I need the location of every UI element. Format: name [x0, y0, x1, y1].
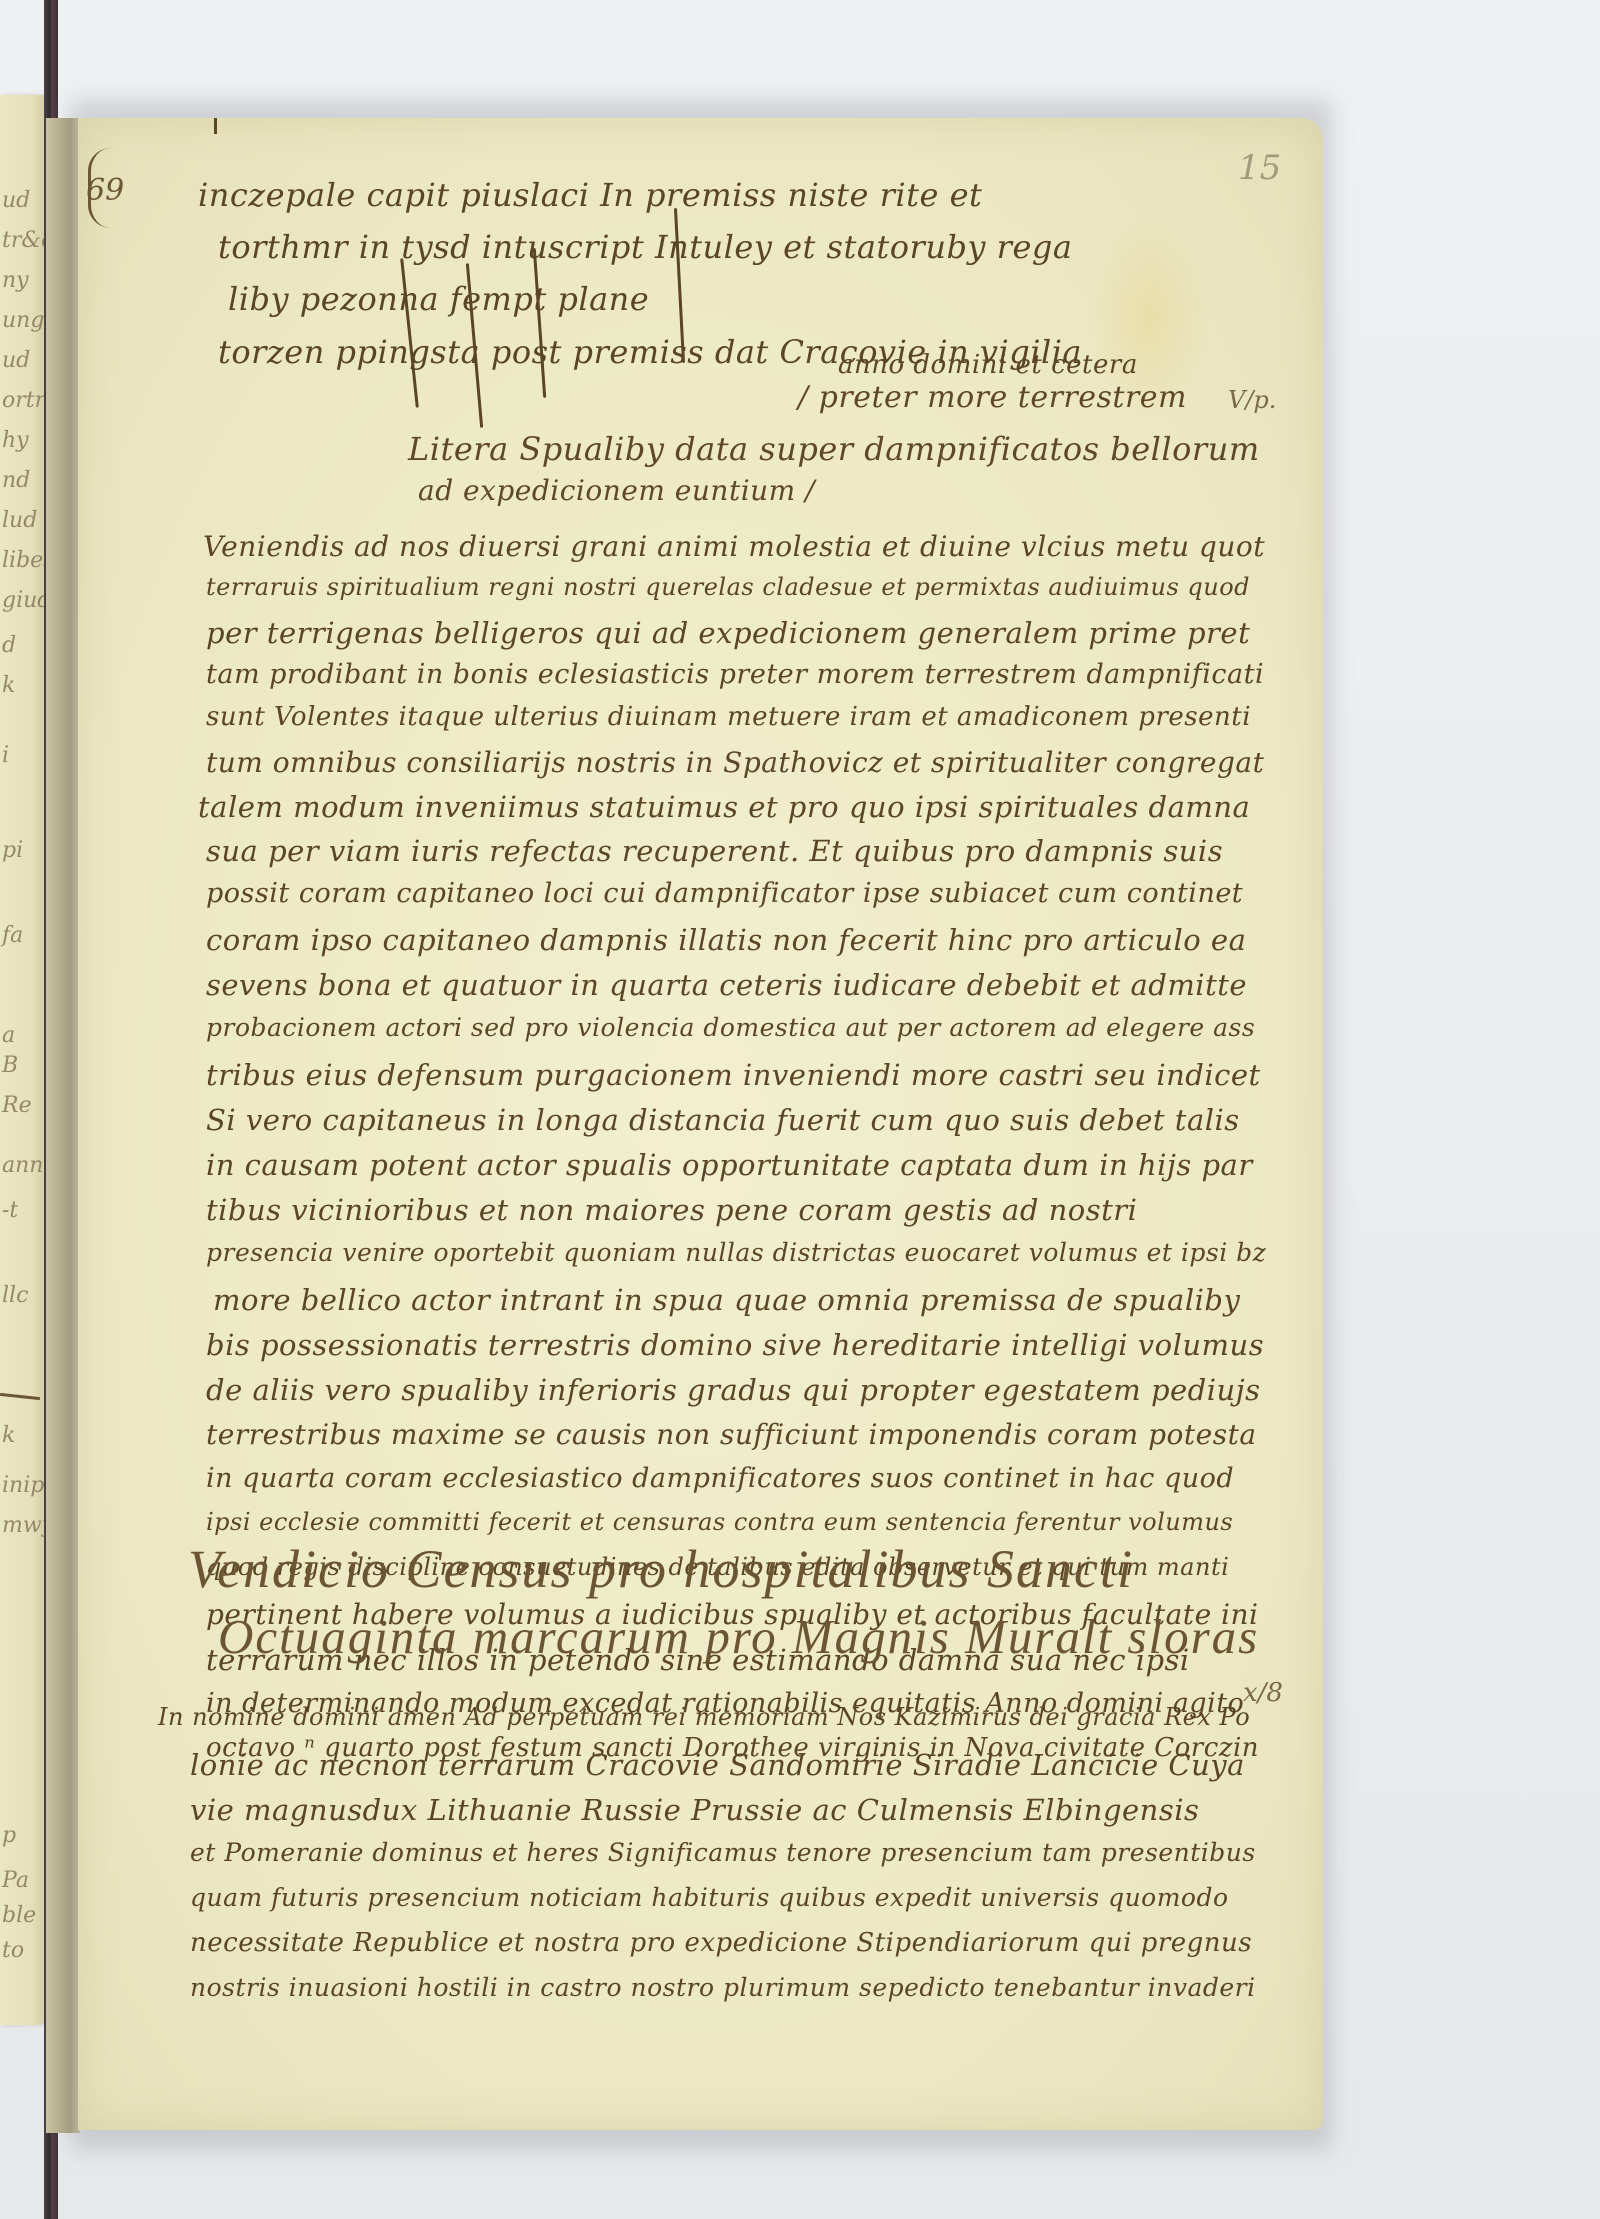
marginal-gloss: Pa	[2, 1870, 29, 1892]
marginal-gloss: ny	[2, 270, 29, 292]
section-title-cont: ad expedicionem euntium /	[418, 474, 815, 507]
text-line: et Pomeranie dominus et heres Significam…	[190, 1838, 1256, 1867]
marginal-gloss: fa	[2, 925, 23, 947]
text-line: sunt Volentes itaque ulterius diuinam me…	[206, 702, 1251, 732]
text-line: Si vero capitaneus in longa distancia fu…	[206, 1103, 1240, 1137]
marginal-gloss: llc	[2, 1285, 28, 1307]
text-line: presencia venire oportebit quoniam nulla…	[206, 1238, 1266, 1267]
marginal-gloss: B	[2, 1055, 18, 1077]
marginal-gloss: ud	[2, 350, 30, 372]
ascender-stroke	[533, 248, 546, 398]
text-line: sua per viam iuris refectas recuperent. …	[206, 834, 1223, 868]
section-subtitle: / preter more terrestrem	[798, 380, 1187, 415]
text-line: inczepale capit piuslaci In premiss nist…	[198, 176, 982, 214]
text-line: lonie ac necnon terrarum Cracovie Sandom…	[190, 1748, 1245, 1782]
marginal-gloss: k	[2, 1425, 15, 1447]
marginal-gloss: ble	[2, 1905, 36, 1927]
text-line: sevens bona et quatuor in quarta ceteris…	[206, 968, 1247, 1002]
text-line: In nomine domini amen Ad perpetuam rei m…	[158, 1703, 1250, 1731]
text-line: torthmr in tysd intuscript Intuley et st…	[218, 228, 1072, 266]
marginal-gloss: a	[2, 1025, 15, 1047]
marginal-gloss: k	[2, 675, 15, 697]
text-line: talem modum inveniimus statuimus et pro …	[198, 790, 1250, 824]
folio-number: 15	[1238, 148, 1281, 188]
marginal-gloss: -t	[2, 1200, 18, 1222]
text-line: nostris inuasioni hostili in castro nost…	[190, 1973, 1256, 2002]
section2-title-cont: Octuaginta marcarum pro Magnis Muralt sl…	[218, 1608, 1259, 1665]
marginal-gloss: ud	[2, 190, 30, 212]
marginal-rule-mark	[0, 1393, 40, 1400]
ink-tick-mark	[214, 118, 217, 134]
text-line: terraruis spiritualium regni nostri quer…	[206, 573, 1250, 601]
text-line: more bellico actor intrant in spua quae …	[213, 1283, 1240, 1317]
marginal-gloss: ung	[2, 310, 44, 332]
text-line: de aliis vero spualiby inferioris gradus…	[206, 1373, 1261, 1407]
text-line: vie magnusdux Lithuanie Russie Prussie a…	[190, 1793, 1199, 1827]
text-line: coram ipso capitaneo dampnis illatis non…	[206, 923, 1246, 957]
marginal-gloss: Re	[2, 1095, 32, 1117]
margin-number: 69	[86, 173, 124, 208]
text-line: Veniendis ad nos diuersi grani animi mol…	[203, 530, 1265, 563]
text-line: possit coram capitaneo loci cui dampnifi…	[206, 878, 1243, 909]
text-line: probacionem actori sed pro violencia dom…	[206, 1013, 1255, 1042]
text-line: tibus vicinioribus et non maiores pene c…	[206, 1193, 1137, 1227]
text-line: quam futuris presencium noticiam habitur…	[190, 1883, 1229, 1912]
text-line: tum omnibus consiliarijs nostris in Spat…	[206, 746, 1264, 779]
text-line: ipsi ecclesie committi fecerit et censur…	[206, 1508, 1233, 1536]
manuscript-folio: 69 15 inczepale capit piuslaci In premis…	[78, 118, 1323, 2130]
marginal-gloss: to	[2, 1940, 24, 1962]
text-line: liby pezonna fempt plane	[228, 280, 649, 318]
marginal-gloss: pi	[2, 840, 23, 862]
marginal-gloss: ann	[2, 1155, 43, 1177]
marginal-gloss: i	[2, 745, 9, 767]
marginal-gloss: lud	[2, 510, 37, 532]
text-line: anno domini et cetera	[838, 350, 1138, 380]
marginal-gloss: hy	[2, 430, 29, 452]
text-line: per terrigenas belligeros qui ad expedic…	[206, 616, 1250, 650]
marginal-gloss: p	[2, 1825, 16, 1847]
text-line: in quarta coram ecclesiastico dampnifica…	[206, 1463, 1234, 1494]
text-line: tribus eius defensum purgacionem invenie…	[206, 1058, 1261, 1092]
text-line: in causam potent actor spualis opportuni…	[206, 1148, 1253, 1182]
text-line: terrestribus maxime se causis non suffic…	[206, 1418, 1257, 1451]
marginal-gloss: d	[2, 635, 16, 657]
right-margin-note: V/p.	[1228, 386, 1276, 414]
left-facing-page: ud tr&cir ny ung ud ortral hy nd lud lib…	[0, 95, 44, 2025]
text-line: necessitate Republice et nostra pro expe…	[190, 1928, 1252, 1958]
section2-title: Vendicio Census pro hospitalibus Sancti	[188, 1538, 1134, 1600]
text-line: bis possessionatis terrestris domino siv…	[206, 1328, 1264, 1362]
section-title: Litera Spualiby data super dampnificatos…	[408, 430, 1260, 468]
text-line: tam prodibant in bonis eclesiasticis pre…	[206, 659, 1264, 690]
marginal-gloss: nd	[2, 470, 30, 492]
